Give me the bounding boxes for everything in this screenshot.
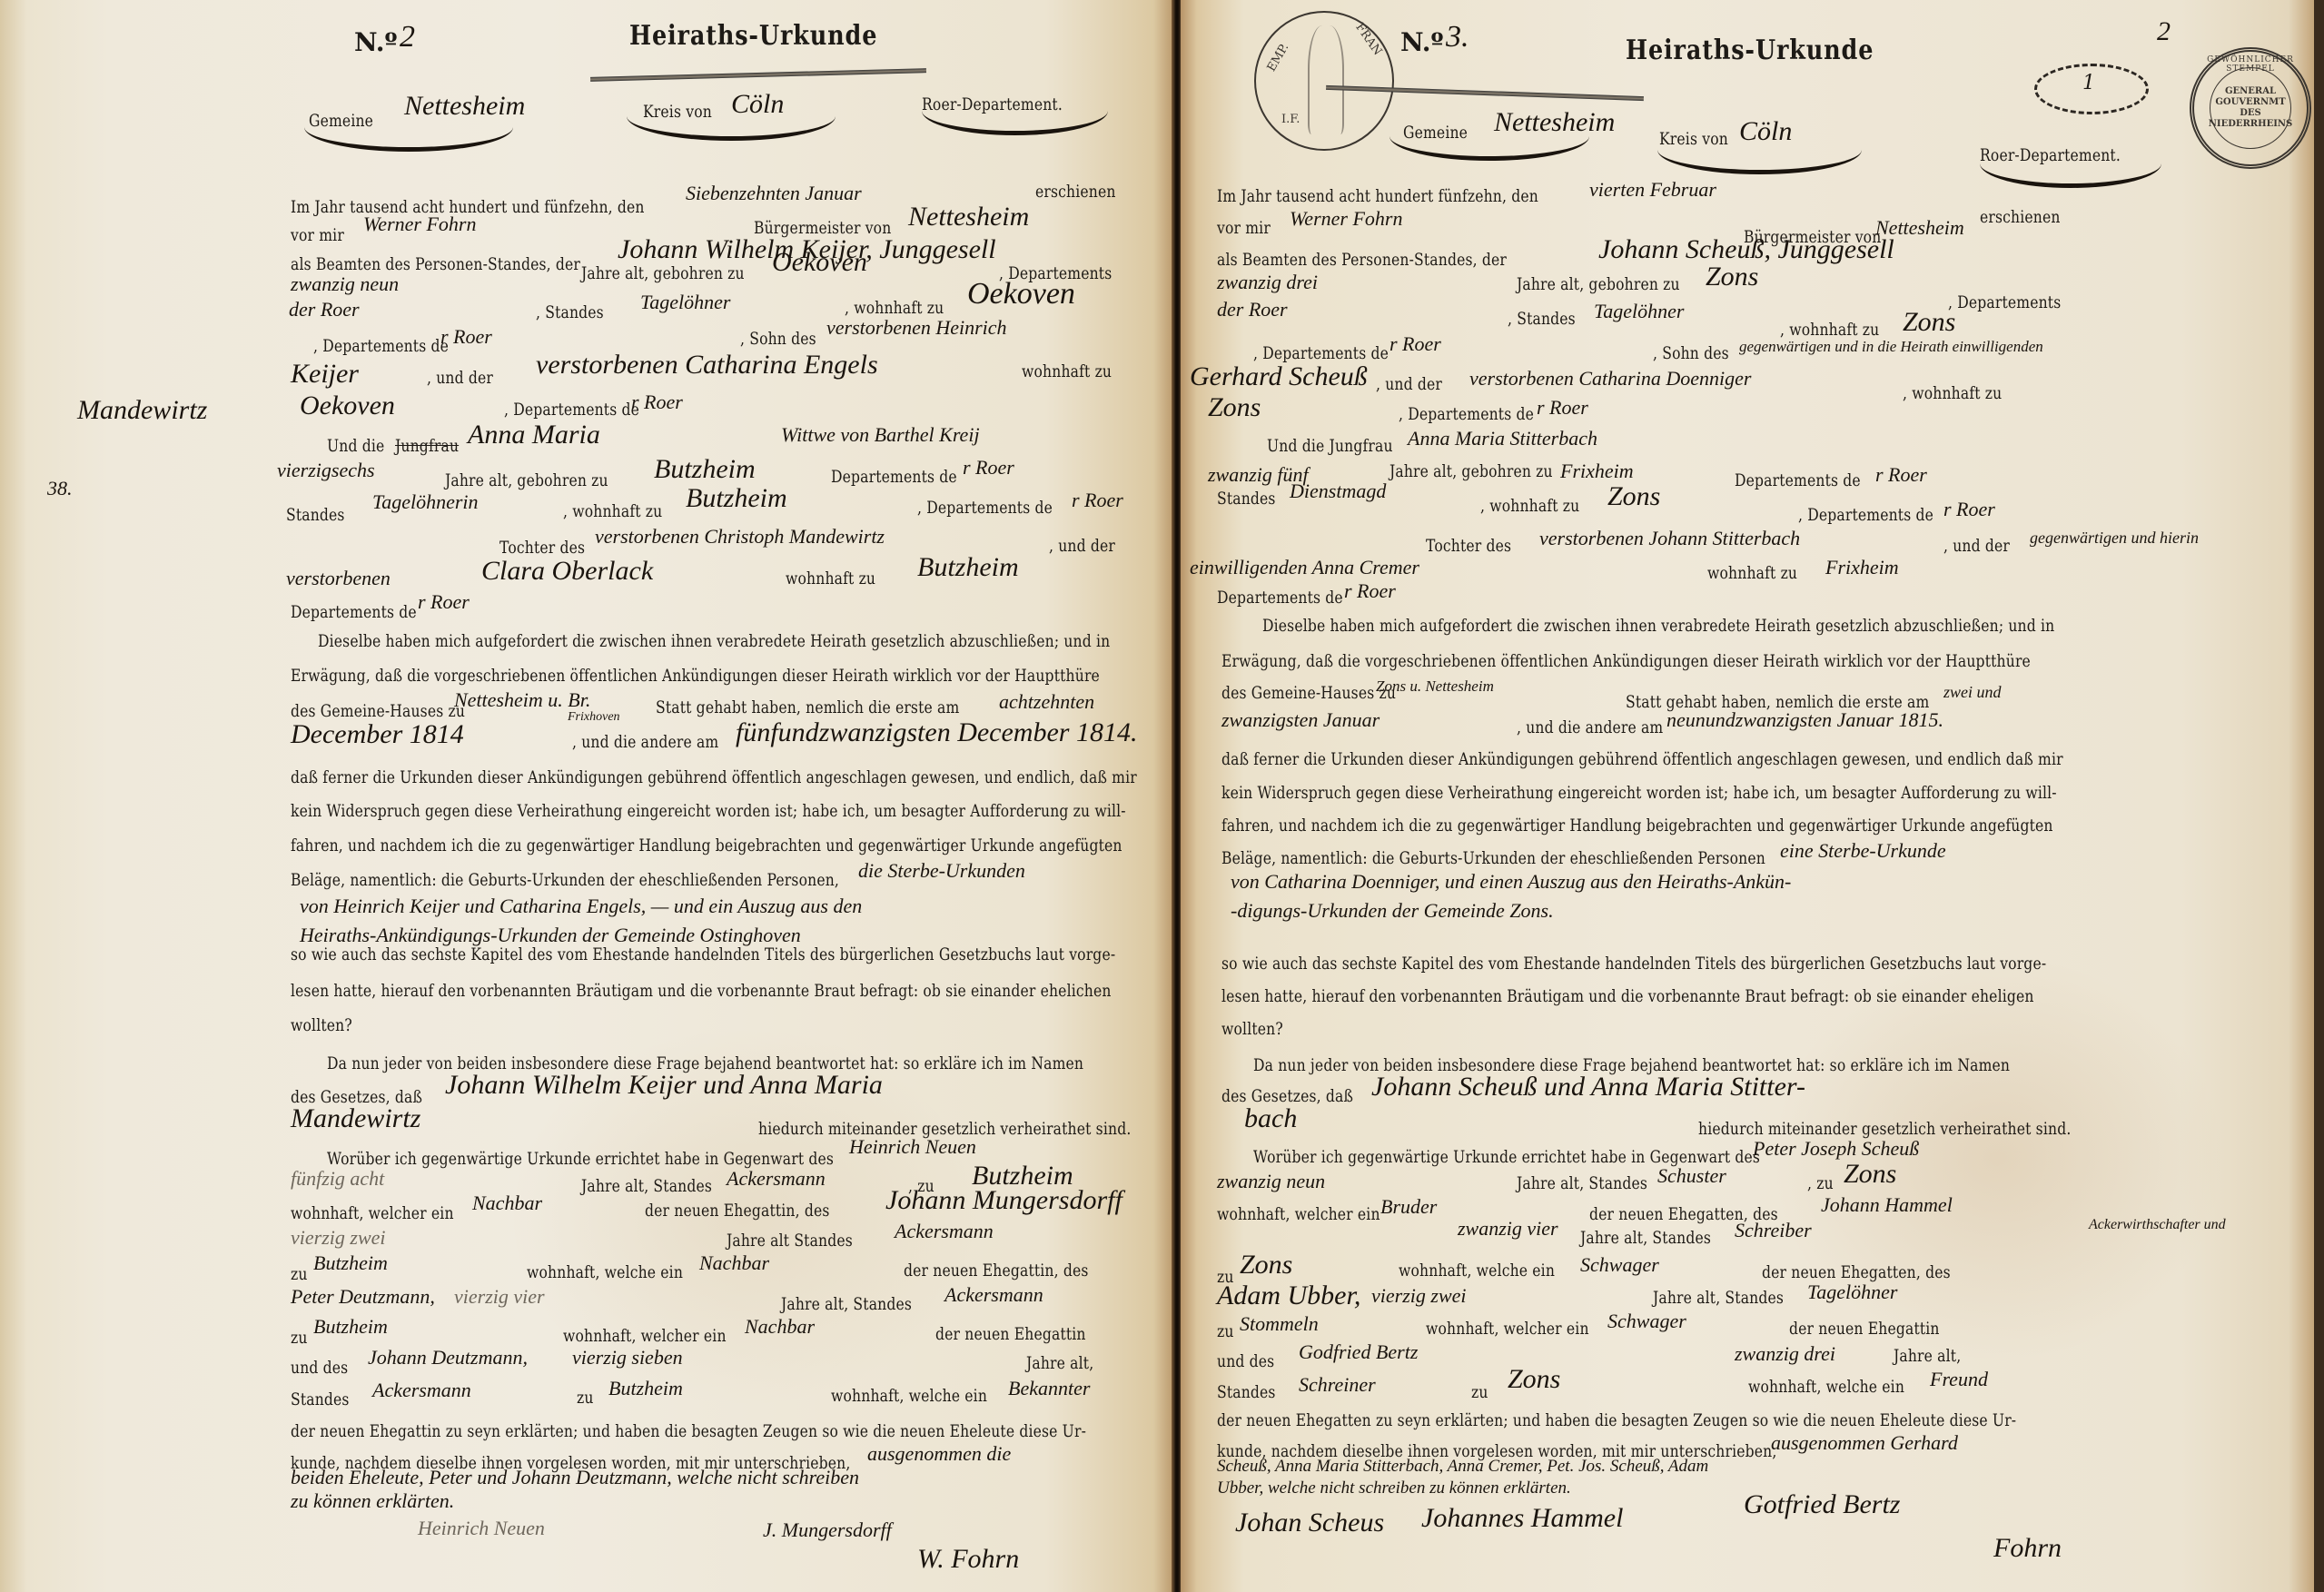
witness-4-place: Butzheim: [608, 1377, 683, 1400]
stamp-text-fran: FRAN: [1353, 21, 1385, 58]
body-line-3-print: des Gemeine-Hauses zu: [1221, 683, 1396, 703]
bride-occupation: Dienstmagd: [1290, 480, 1386, 503]
witness-1-relation: Nachbar: [472, 1192, 542, 1215]
body-line-2: Erwägung, daß die vorgeschriebenen öffen…: [291, 666, 1100, 686]
line-and2-print: , und der: [1049, 536, 1115, 556]
body-line-8-print: Beläge, namentlich: die Geburts-Urkunden…: [291, 870, 839, 890]
groom-father-first: verstorbenen Heinrich: [826, 316, 1007, 340]
line-daughter-print: Tochter des: [1426, 536, 1511, 556]
second-publication-date: fünfundzwanzigsten December 1814.: [736, 717, 1137, 748]
witness-4-stand-label: Standes: [1217, 1382, 1276, 1402]
line-dept4-print: Departements de: [1217, 588, 1343, 608]
bride-residence-dept: r Roer: [1943, 498, 1995, 521]
witness-2-print: Jahre alt, Standes: [1580, 1228, 1711, 1248]
bride-mother: einwilligenden Anna Cremer: [1190, 556, 1419, 579]
witness-4-pre: und des: [291, 1358, 348, 1378]
struck-jungfrau: Jungfrau: [395, 436, 459, 456]
line-dept3-print: , Departements de: [504, 400, 639, 420]
line-dept2-print: , Departements de: [1253, 343, 1389, 363]
bride-widow-of: Wittwe von Barthel Kreij: [781, 423, 980, 447]
witness-3-name: Peter Deutzmann,: [291, 1285, 435, 1309]
witness-2-print: Jahre alt Standes: [727, 1231, 853, 1251]
bride-given-name: Anna Maria: [468, 420, 600, 450]
officer-name: Werner Fohrn: [363, 213, 476, 236]
line-daughter-print: Tochter des: [499, 538, 585, 558]
department-brace: [922, 111, 1108, 135]
groom-residence-dept: r Roer: [440, 325, 492, 349]
closing-line-1: der neuen Ehegattin zu seyn erklärten; u…: [291, 1421, 1086, 1441]
bride-occupation: Tagelöhnerin: [372, 490, 479, 514]
groom-age: zwanzig drei: [1217, 271, 1318, 294]
witness-2-zu: zu: [291, 1264, 308, 1284]
bride-residence: Butzheim: [686, 483, 787, 514]
first-publication-month: December 1814: [291, 719, 464, 750]
witness-4-name: Johann Deutzmann,: [368, 1346, 528, 1370]
witness-1-status: Ackersmann: [727, 1167, 826, 1191]
witness-2-line2-print: wohnhaft, welche ein: [527, 1262, 683, 1282]
line-dept-print: , Departements: [1948, 292, 2061, 312]
bride-age: vierzigsechs: [277, 459, 375, 482]
groom-mother: verstorbenen Catharina Engels: [536, 350, 878, 381]
gemeine-brace: [1389, 136, 1589, 161]
closing-exception: ausgenommen die: [867, 1442, 1011, 1466]
body-line-3-mid: Statt gehabt haben, nemlich die erste am: [656, 697, 959, 717]
line-bride-residence-print: , wohnhaft zu: [1480, 496, 1579, 516]
line-groom-print: als Beamten des Personen-Standes, der: [1217, 250, 1507, 270]
line-born-print: Jahre alt, gebohren zu: [581, 263, 745, 283]
bride-birthplace: Frixheim: [1560, 460, 1634, 483]
witness-1-line2-print: wohnhaft, welcher ein: [1217, 1204, 1380, 1224]
signature-groom: Johan Scheus: [1235, 1508, 1384, 1538]
seal-line-1: GENERAL: [2225, 86, 2276, 97]
seal-line-3: DES: [2240, 108, 2261, 119]
department-label: Roer-Departement.: [1980, 145, 2121, 165]
witness-4-status: Schreiner: [1299, 1373, 1376, 1397]
bride-birthplace: Butzheim: [654, 454, 756, 485]
documents-persons: von Heinrich Keijer und Catharina Engels…: [300, 895, 862, 918]
body-line-16-print: hiedurch miteinander gesetzlich verheira…: [1698, 1119, 2071, 1139]
declared-spouses: Johann Wilhelm Keijer und Anna Maria: [445, 1070, 883, 1101]
body-line-17-print: Worüber ich gegenwärtige Urkunde erricht…: [327, 1149, 834, 1169]
stamp-text-emp: EMP.: [1265, 41, 1292, 74]
body-line-6: kein Widerspruch gegen diese Verheirathu…: [1221, 783, 2057, 803]
declared-bride-surname: Mandewirtz: [291, 1103, 420, 1134]
witness-3-status: Tagelöhner: [1807, 1281, 1897, 1304]
witness-3-age: vierzig vier: [454, 1285, 545, 1309]
bride-mother-status: verstorbenen: [286, 567, 391, 590]
closing-exception-end: zu können erklärten.: [291, 1489, 454, 1513]
witness-1-name: Heinrich Neuen: [849, 1135, 976, 1159]
body-line-1: Dieselbe haben mich aufgefordert die zwi…: [318, 631, 1110, 651]
line-and-print: , und der: [1376, 374, 1442, 394]
publication-place-insert: Frixhoven: [568, 710, 620, 725]
line-son-print: , Sohn des: [740, 329, 816, 349]
witness-4-pre: und des: [1217, 1351, 1274, 1371]
witness-3-zu: zu: [1217, 1321, 1234, 1341]
declared-bride-surname-end: bach: [1244, 1103, 1297, 1134]
line-son-print: , Sohn des: [1653, 343, 1729, 363]
gemeine-value: Nettesheim: [404, 91, 525, 122]
line-date-end: erschienen: [1035, 182, 1116, 202]
witness-3-relation: Nachbar: [745, 1315, 815, 1339]
seal-line-2: GOUVERNMT: [2215, 97, 2285, 108]
closing-exception-names: Scheuß, Anna Maria Stitterbach, Anna Cre…: [1217, 1457, 1708, 1477]
line-bride-born-print: Jahre alt, gebohren zu: [445, 470, 608, 490]
body-line-13: wollten?: [291, 1015, 352, 1035]
witness-2-line2-mid: der neuen Ehegatten, des: [1762, 1262, 1951, 1282]
kreis-brace: [1657, 150, 1862, 174]
witness-2-status: Ackersmann: [895, 1220, 994, 1243]
closing-exception-end: Ubber, welche nicht schreiben zu können …: [1217, 1478, 1571, 1498]
groom-parents-residence: Zons: [1208, 392, 1261, 423]
title-rule: [590, 68, 926, 82]
line-bride-dept-print: Departements de: [1735, 470, 1861, 490]
line-dept3-print: , Departements de: [1399, 404, 1534, 424]
first-publication-day: achtzehnten: [999, 690, 1094, 714]
corner-number: 2: [2157, 16, 2171, 47]
groom-residence-dept: r Roer: [1389, 332, 1441, 356]
publication-place: Nettesheim u. Br.: [454, 688, 590, 712]
bride-parents-residence: Butzheim: [917, 552, 1019, 583]
seal-line-4: NIEDERRHEINS: [2209, 119, 2292, 130]
bride-parents-dept: r Roer: [418, 590, 470, 614]
witness-2-line2-mid: der neuen Ehegattin, des: [904, 1261, 1089, 1281]
line-bride-born-print: Jahre alt, gebohren zu: [1389, 461, 1553, 481]
line-residence2-print: , wohnhaft zu: [1903, 383, 2002, 403]
witness-4-name: Godfried Bertz: [1299, 1340, 1418, 1364]
body-line-1: Dieselbe haben mich aufgefordert die zwi…: [1262, 616, 2054, 636]
groom-name: Johann Scheuß, Junggesell: [1598, 234, 1894, 265]
groom-birth-dept: der Roer: [1217, 298, 1288, 321]
line-bride-print: Und die: [327, 436, 384, 456]
closing-line-1: der neuen Ehegatten zu seyn erklärten; u…: [1217, 1410, 2016, 1430]
department-brace: [1980, 163, 2161, 188]
allegorical-figure-icon: [1308, 25, 1344, 134]
line-born-print: Jahre alt, gebohren zu: [1517, 274, 1680, 294]
witness-4-relation: Bekannter: [1008, 1377, 1090, 1400]
witness-3-relation: Schwager: [1607, 1310, 1686, 1333]
witness-1-relation: Bruder: [1380, 1195, 1437, 1219]
witness-1-age: fünfzig acht: [291, 1167, 384, 1191]
government-seal: GEWÖHNLICHER STEMPEL GENERAL GOUVERNMT D…: [2190, 47, 2311, 169]
bride-birth-dept: r Roer: [1875, 463, 1927, 487]
witness-4-line2-print: wohnhaft, welche ein: [1748, 1377, 1904, 1397]
body-line-11: so wie auch das sechste Kapitel des vom …: [291, 944, 1115, 964]
record-number-label: N.º: [1400, 27, 1444, 57]
witness-3-place: Stommeln: [1240, 1312, 1319, 1336]
witness-3-line2-print: wohnhaft, welcher ein: [563, 1326, 727, 1346]
margin-note-number: 38.: [47, 477, 73, 500]
body-line-12: lesen hatte, hierauf den vorbenannten Br…: [1221, 986, 2034, 1006]
record-number: 2: [400, 20, 415, 54]
document-title: Heiraths-Urkunde: [629, 20, 877, 52]
groom-birthplace: Zons: [1706, 262, 1758, 292]
line-dept4-print: Departements de: [291, 602, 417, 622]
body-line-7: fahren, und nachdem ich die zu gegenwärt…: [1221, 816, 2053, 836]
body-line-12: lesen hatte, hierauf den vorbenannten Br…: [291, 981, 1112, 1001]
line-officer-print: vor mir: [1217, 218, 1271, 238]
witness-3-print: Jahre alt, Standes: [781, 1294, 912, 1314]
margin-note-surname: Mandewirtz: [77, 395, 207, 426]
body-line-8-print: Beläge, namentlich: die Geburts-Urkunden…: [1221, 848, 1765, 868]
documents-death-cert: eine Sterbe-Urkunde: [1780, 839, 1946, 863]
line-bride-stand-print: Standes: [1217, 489, 1276, 509]
groom-residence: Zons: [1903, 307, 1955, 338]
line-date-print: Im Jahr tausend acht hundert fünfzehn, d…: [1217, 186, 1538, 206]
second-publication-date: neunundzwanzigsten Januar 1815.: [1666, 708, 1943, 732]
kreis-label: Kreis von: [1659, 129, 1728, 149]
oval-stamp: 1: [2034, 64, 2149, 114]
witness-4-line2-print: wohnhaft, welche ein: [831, 1386, 987, 1406]
marriage-date: vierten Februar: [1589, 178, 1716, 202]
groom-residence: Oekoven: [967, 277, 1075, 311]
line-stand-print: , Standes: [536, 302, 604, 322]
marriage-date: Siebenzehnten Januar: [686, 182, 862, 205]
stamp-text-initials: I.F.: [1281, 113, 1300, 126]
witness-4-age: zwanzig drei: [1735, 1342, 1835, 1366]
document-title: Heiraths-Urkunde: [1626, 35, 1874, 66]
book-edge: [2314, 0, 2324, 1592]
witness-2-age: vierzig zwei: [291, 1226, 386, 1250]
witness-4-zu: zu: [1471, 1382, 1488, 1402]
gemeine-value: Nettesheim: [1494, 107, 1615, 138]
bride-father: verstorbenen Johann Stitterbach: [1539, 527, 1800, 550]
bride-residence-dept: r Roer: [1072, 489, 1123, 512]
groom-occupation: Tagelöhner: [640, 291, 730, 314]
witness-4-print: Jahre alt,: [1026, 1353, 1093, 1373]
line-bride-dept-print: Departements de: [831, 467, 957, 487]
bride-parents-dept: r Roer: [1344, 579, 1396, 603]
witness-4-age: vierzig sieben: [572, 1346, 683, 1370]
signature-witness-4: Gotfried Bertz: [1744, 1489, 1901, 1520]
witness-1-line2-mid: der neuen Ehegattin, des: [645, 1201, 830, 1221]
witness-1-line2-print: wohnhaft, welcher ein: [291, 1203, 454, 1223]
witness-1-zu: , zu: [1807, 1173, 1834, 1193]
line-bride-dept2-print: , Departements de: [917, 498, 1053, 518]
mayor-of: Nettesheim: [908, 202, 1029, 232]
closing-exception-names: beiden Eheleute, Peter und Johann Deutzm…: [291, 1466, 859, 1489]
line-bride-print: Und die Jungfrau: [1267, 436, 1393, 456]
body-line-7: fahren, und nachdem ich die zu gegenwärt…: [291, 836, 1122, 855]
witness-1-print: Jahre alt, Standes: [581, 1176, 712, 1196]
line-date-end: erschienen: [1980, 207, 2061, 227]
bride-mother: Clara Oberlack: [481, 556, 653, 587]
witness-3-zu: zu: [291, 1328, 308, 1348]
bride-name: Anna Maria Stitterbach: [1408, 427, 1597, 450]
line-residence-print: , wohnhaft zu: [845, 298, 944, 318]
documents-person: von Catharina Doenniger, und einen Auszu…: [1231, 870, 1791, 894]
witness-3-age: vierzig zwei: [1371, 1284, 1467, 1308]
witness-3-name: Adam Ubber,: [1217, 1281, 1360, 1311]
witness-2-name: Johann Mungersdorff: [885, 1185, 1122, 1216]
witness-1-status: Schuster: [1657, 1164, 1726, 1188]
bride-father: verstorbenen Christoph Mandewirtz: [595, 525, 885, 549]
witness-2-status: Schreiber: [1735, 1219, 1812, 1242]
right-page: EMP. FRAN I.F. N.º 3. Heiraths-Urkunde 2…: [1181, 0, 2314, 1592]
signature-officer: Fohrn: [1993, 1533, 2062, 1564]
groom-occupation: Tagelöhner: [1594, 300, 1684, 323]
line-residence3-print: wohnhaft zu: [786, 569, 875, 588]
line-residence-print: , wohnhaft zu: [1780, 320, 1879, 340]
witness-4-zu: zu: [577, 1388, 594, 1408]
witness-1-age: zwanzig neun: [1217, 1170, 1325, 1193]
witness-3-print: Jahre alt, Standes: [1653, 1288, 1784, 1308]
groom-age: zwanzig neun: [291, 272, 399, 296]
line-officer-print: vor mir: [291, 225, 344, 245]
witness-4-relation: Freund: [1930, 1368, 1988, 1391]
witness-2-line2-print: wohnhaft, welche ein: [1399, 1261, 1555, 1281]
gemeine-brace: [304, 127, 513, 152]
line-bride-dept2-print: , Departements de: [1798, 505, 1933, 525]
publication-place: Zons u. Nettesheim: [1376, 677, 1494, 696]
body-line-13: wollten?: [1221, 1019, 1283, 1039]
groom-parents-dept: r Roer: [1537, 396, 1588, 420]
kreis-value: Cöln: [731, 89, 784, 120]
witness-2-place: Butzheim: [313, 1251, 388, 1275]
witness-3-line2-print: wohnhaft, welcher ein: [1426, 1319, 1589, 1339]
witness-2-relation: Schwager: [1580, 1253, 1659, 1277]
witness-3-line2-mid: der neuen Ehegattin: [935, 1324, 1086, 1344]
line-bride-stand-print: Standes: [286, 505, 345, 525]
witness-1-name: Peter Joseph Scheuß: [1753, 1137, 1919, 1161]
signature-witness-1: Heinrich Neuen: [418, 1517, 545, 1540]
line-stand-print: , Standes: [1508, 309, 1576, 329]
groom-parents-dept: r Roer: [631, 391, 683, 414]
kreis-brace: [627, 116, 836, 141]
signature-witness-2: Johannes Hammel: [1421, 1503, 1623, 1534]
bride-parents-residence: Frixheim: [1825, 556, 1899, 579]
documents-death-certs: die Sterbe-Urkunden: [858, 859, 1025, 883]
witness-3-place: Butzheim: [313, 1315, 388, 1339]
witness-2-relation: Nachbar: [699, 1251, 769, 1275]
imperial-tax-stamp: EMP. FRAN I.F.: [1254, 11, 1394, 151]
groom-birthplace: Oekoven: [772, 247, 867, 278]
witness-2-name: Johann Hammel: [1821, 1193, 1953, 1217]
groom-mother: verstorbenen Catharina Doenniger: [1469, 367, 1751, 391]
record-number: 3.: [1446, 20, 1469, 54]
witness-1-print: Jahre alt, Standes: [1517, 1173, 1647, 1193]
kreis-value: Cöln: [1739, 116, 1792, 147]
first-publication-day: zwei und: [1943, 683, 2002, 702]
record-number-label: N.º: [354, 27, 398, 57]
witness-1-place: Zons: [1844, 1159, 1896, 1190]
body-line-11: so wie auch das sechste Kapitel des vom …: [1221, 954, 2046, 974]
groom-birth-dept: der Roer: [289, 298, 360, 321]
body-line-4-print: , und die andere am: [572, 732, 718, 752]
witness-4-stand-label: Standes: [291, 1389, 350, 1409]
line-groom-print: als Beamten des Personen-Standes, der: [291, 254, 580, 274]
witness-4-status: Ackersmann: [372, 1379, 471, 1402]
closing-exception: ausgenommen Gerhard: [1771, 1431, 1958, 1455]
witness-2-age: zwanzig vier: [1458, 1217, 1558, 1241]
witness-2-place: Zons: [1240, 1250, 1292, 1281]
body-line-5: daß ferner die Urkunden dieser Ankündigu…: [1221, 749, 2063, 769]
bride-residence: Zons: [1607, 481, 1660, 512]
witness-4-place: Zons: [1508, 1364, 1560, 1395]
line-residence2-print: wohnhaft zu: [1022, 361, 1112, 381]
witness-3-line2-mid: der neuen Ehegattin: [1789, 1319, 1940, 1339]
body-line-6: kein Widerspruch gegen diese Verheirathu…: [291, 801, 1126, 821]
groom-father-consent: gegenwärtigen und in die Heirath einwill…: [1739, 338, 2043, 356]
line-and2-print: , und der: [1943, 536, 2010, 556]
body-line-3-print: des Gemeine-Hauses zu: [291, 701, 465, 721]
first-publication-month: zwanzigsten Januar: [1221, 708, 1380, 732]
witness-2-margin-note: Ackerwirthschafter und: [2089, 1217, 2226, 1233]
bride-mother-consent: gegenwärtigen und hierin: [2030, 529, 2199, 548]
officer-name: Werner Fohrn: [1290, 207, 1402, 231]
groom-father: Gerhard Scheuß: [1190, 361, 1368, 392]
line-and-print: , und der: [427, 368, 493, 388]
body-line-2: Erwägung, daß die vorgeschriebenen öffen…: [1221, 651, 2031, 671]
documents-publications: -digungs-Urkunden der Gemeinde Zons.: [1231, 899, 1554, 923]
groom-parents-residence: Oekoven: [300, 391, 395, 421]
groom-father-surname: Keijer: [291, 359, 359, 390]
declared-spouses: Johann Scheuß und Anna Maria Stitter-: [1371, 1072, 1805, 1103]
line-bride-residence-print: , wohnhaft zu: [563, 501, 662, 521]
signature-officer: W. Fohrn: [917, 1544, 1019, 1575]
body-line-4-print: , und die andere am: [1517, 717, 1663, 737]
line-residence3-print: wohnhaft zu: [1707, 563, 1797, 583]
witness-3-status: Ackersmann: [944, 1283, 1043, 1307]
left-page: N.º 2 Heiraths-Urkunde Gemeine Netteshei…: [0, 0, 1174, 1592]
bride-birth-dept: r Roer: [963, 456, 1014, 480]
signature-witness-2: J. Mungersdorff: [763, 1518, 892, 1542]
oval-stamp-mark: 1: [2082, 72, 2095, 94]
line-dept2-print: , Departements de: [313, 336, 449, 356]
body-line-5: daß ferner die Urkunden dieser Ankündigu…: [291, 767, 1137, 787]
seal-ring-text: GEWÖHNLICHER STEMPEL: [2194, 55, 2307, 74]
witness-4-print: Jahre alt,: [1894, 1346, 1961, 1366]
